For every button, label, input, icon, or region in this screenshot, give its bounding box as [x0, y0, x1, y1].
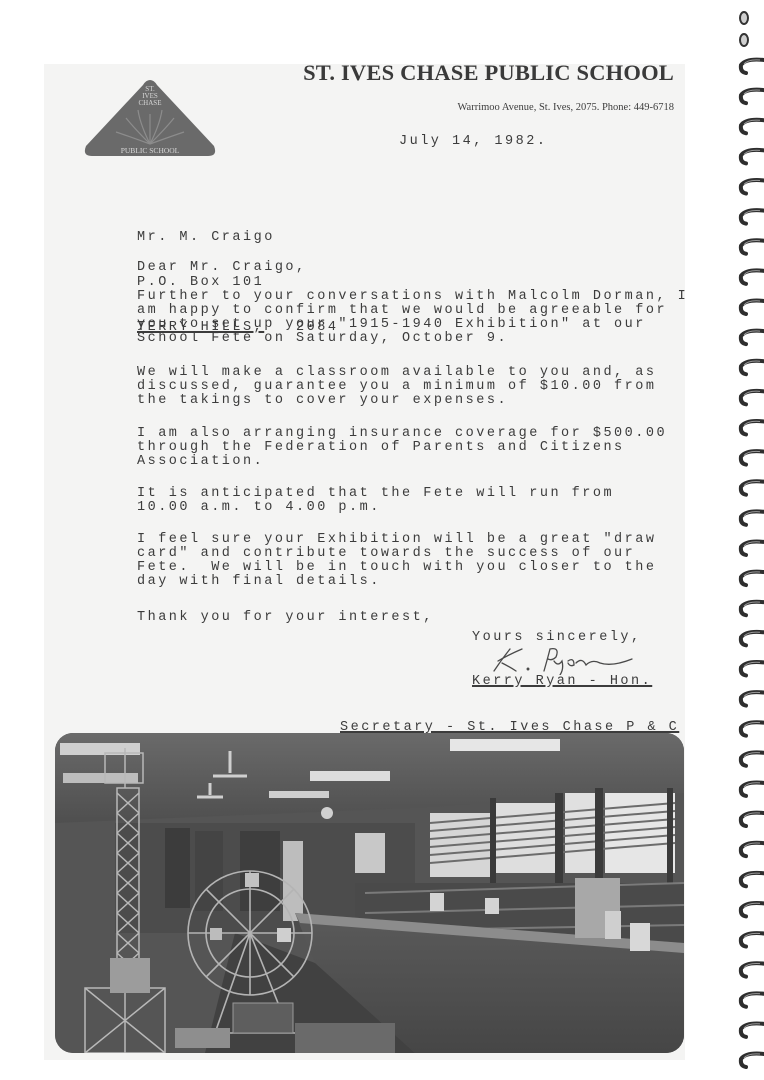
- paragraph-3: I am also arranging insurance coverage f…: [137, 427, 667, 469]
- logo-bottom-text: PUBLIC SCHOOL: [121, 146, 180, 155]
- spiral-binding-icon: [736, 8, 764, 1080]
- paragraph-4: It is anticipated that the Fete will run…: [137, 487, 614, 515]
- letter-date: July 14, 1982.: [399, 135, 547, 149]
- paragraph-2: We will make a classroom available to yo…: [137, 366, 656, 408]
- recipient-box: P.O. Box 101: [137, 275, 338, 290]
- school-crest-triangle-icon: ST. IVES CHASE PUBLIC SCHOOL: [82, 78, 218, 158]
- sign-off: Yours sincerely,: [472, 631, 642, 645]
- closing-line: Thank you for your interest,: [137, 611, 434, 625]
- signer-name: Kerry Ryan - Hon.: [472, 675, 652, 689]
- salutation: Dear Mr. Craigo,: [137, 261, 307, 275]
- paragraph-1: Further to your conversations with Malco…: [137, 290, 688, 346]
- paragraph-5: I feel sure your Exhibition will be a gr…: [137, 533, 656, 589]
- logo-top-text-3: CHASE: [139, 99, 162, 107]
- school-name: ST. IVES CHASE PUBLIC SCHOOL: [220, 60, 674, 86]
- school-address: Warrimoo Avenue, St. Ives, 2075. Phone: …: [360, 102, 674, 113]
- exhibition-photo: [55, 733, 684, 1053]
- handwritten-signature: [488, 645, 638, 675]
- recipient-name: Mr. M. Craigo: [137, 230, 338, 245]
